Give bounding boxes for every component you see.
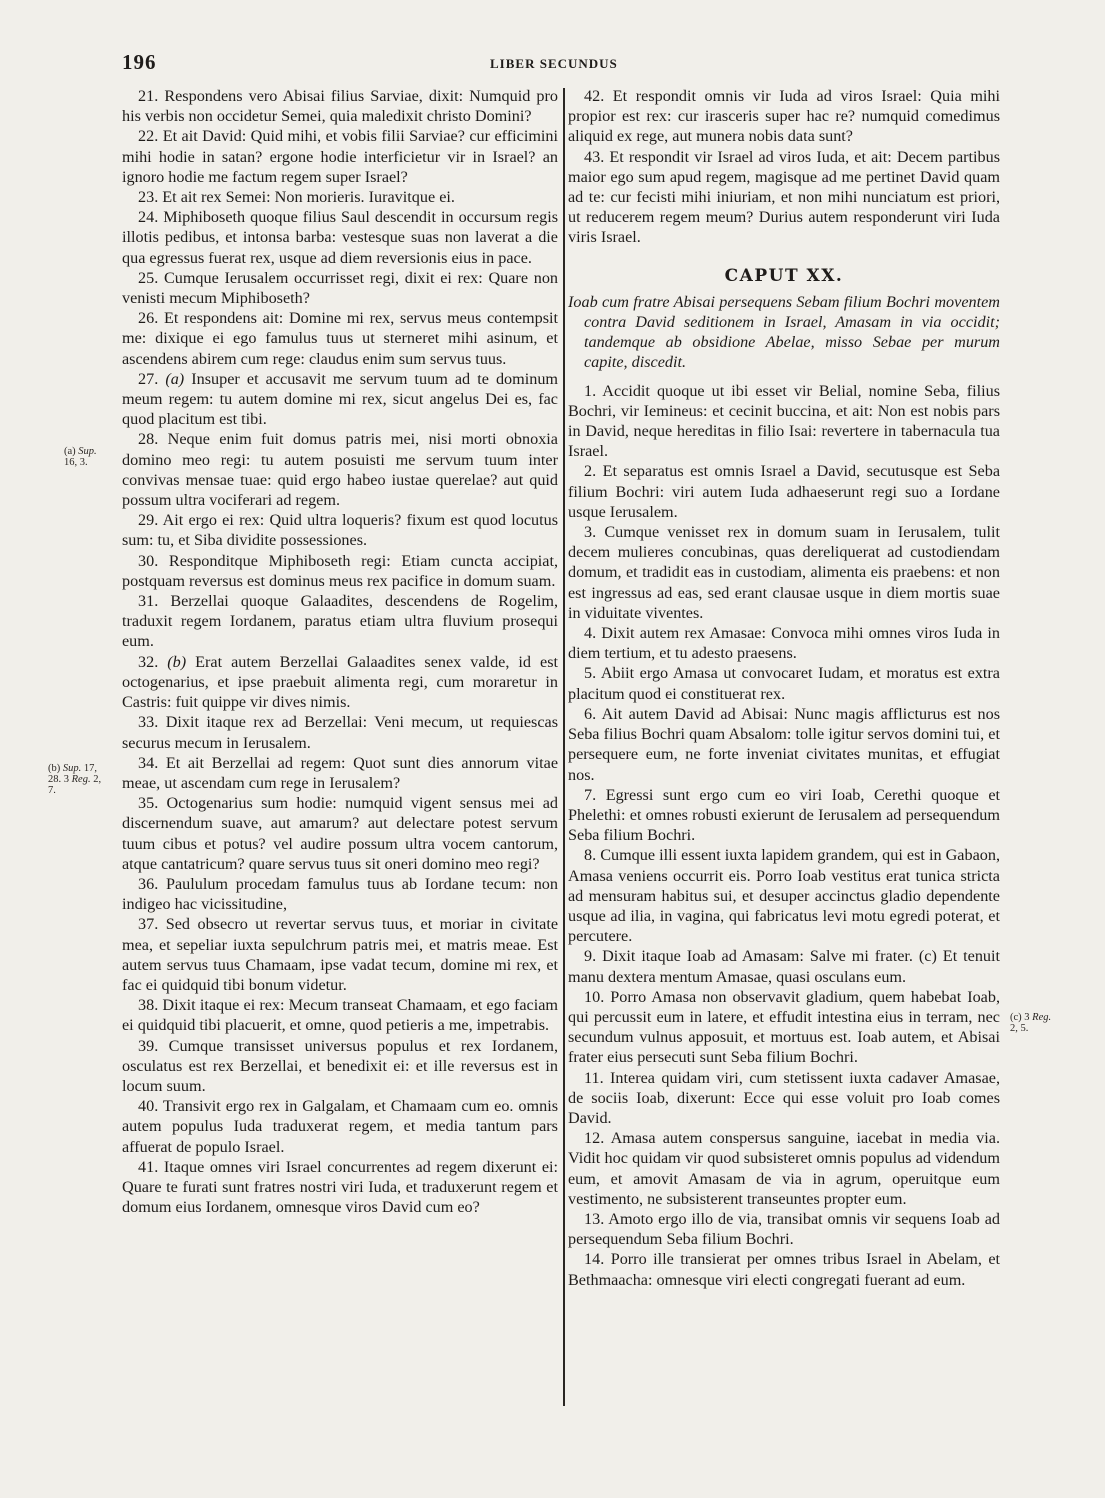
verse-text: Cumque illi essent iuxta lapidem grandem… <box>568 846 1000 945</box>
verse-number: 1. <box>584 382 596 400</box>
column-divider <box>563 88 565 1406</box>
verse-text: Cumque Ierusalem occurrisset regi, dixit… <box>122 269 558 307</box>
verse: 1. Accidit quoque ut ibi esset vir Belia… <box>568 381 1000 462</box>
verse: 8. Cumque illi essent iuxta lapidem gran… <box>568 845 1000 946</box>
verse-number: 4. <box>584 624 596 642</box>
note-reference: (a) <box>165 370 184 388</box>
verse-number: 2. <box>584 462 596 480</box>
verse-text: Porro ille transierat per omnes tribus I… <box>568 1250 1000 1288</box>
verse: 12. Amasa autem conspersus sanguine, iac… <box>568 1128 1000 1209</box>
verse-text: Interea quidam viri, cum stetissent iuxt… <box>568 1069 1000 1127</box>
verse-number: 21. <box>138 87 158 105</box>
chapter-summary: Ioab cum fratre Abisai persequens Sebam … <box>568 292 1000 373</box>
verse-text: Miphiboseth quoque filius Saul descendit… <box>122 208 558 266</box>
page-header: 196 LIBER SECUNDUS <box>122 50 1002 74</box>
verse-number: 35. <box>138 794 158 812</box>
note-ref: 28. 3 <box>48 774 69 785</box>
verse-number: 38. <box>138 996 158 1014</box>
verse-text: Transivit ergo rex in Galgalam, et Chama… <box>122 1097 558 1155</box>
verse-number: 32. <box>138 653 158 671</box>
verse-number: 33. <box>138 713 158 731</box>
verse: 32. (b) Erat autem Berzellai Galaadites … <box>122 652 558 713</box>
note-abbr: Sup. <box>63 763 81 774</box>
note-reference: (b) <box>167 653 186 671</box>
verse-text: Et ait David: Quid mihi, et vobis filii … <box>122 127 558 185</box>
verse-text: Dixit itaque Ioab ad Amasam: Salve mi fr… <box>568 947 1000 985</box>
verse: 43. Et respondit vir Israel ad viros Iud… <box>568 147 1000 248</box>
right-column: 42. Et respondit omnis vir Iuda ad viros… <box>568 86 1000 1290</box>
running-title: LIBER SECUNDUS <box>490 56 618 72</box>
verses-ch19-end: 42. Et respondit omnis vir Iuda ad viros… <box>568 86 1000 248</box>
verse-text: Et ait rex Semei: Non morieris. Iuravitq… <box>162 188 455 206</box>
note-ref: 7. <box>48 785 56 796</box>
verse: 24. Miphiboseth quoque filius Saul desce… <box>122 207 558 268</box>
verse-number: 7. <box>584 786 596 804</box>
verse-text: Et respondens ait: Domine mi rex, servus… <box>122 309 558 367</box>
verse-text: Dixit itaque ei rex: Mecum transeat Cham… <box>122 996 558 1034</box>
verse: 27. (a) Insuper et accusavit me servum t… <box>122 369 558 430</box>
verse: 5. Abiit ergo Amasa ut convocaret Iudam,… <box>568 663 1000 703</box>
verse-number: 40. <box>138 1097 158 1115</box>
verse: 31. Berzellai quoque Galaadites, descend… <box>122 591 558 652</box>
verse-text: Cumque venisset rex in domum suam in Ier… <box>568 523 1000 622</box>
verse-text: Et respondit omnis vir Iuda ad viros Isr… <box>568 87 1000 145</box>
verse: 25. Cumque Ierusalem occurrisset regi, d… <box>122 268 558 308</box>
verse: 4. Dixit autem rex Amasae: Convoca mihi … <box>568 623 1000 663</box>
verse-number: 30. <box>138 552 158 570</box>
verse-text: Responditque Miphiboseth regi: Etiam cun… <box>122 552 558 590</box>
verse-text: Et ait Berzellai ad regem: Quot sunt die… <box>122 754 558 792</box>
verse-number: 31. <box>138 592 158 610</box>
verse: 42. Et respondit omnis vir Iuda ad viros… <box>568 86 1000 147</box>
verse: 13. Amoto ergo illo de via, transibat om… <box>568 1209 1000 1249</box>
verse: 6. Ait autem David ad Abisai: Nunc magis… <box>568 704 1000 785</box>
verse-number: 34. <box>138 754 158 772</box>
left-column: 21. Respondens vero Abisai filius Sarvia… <box>122 86 558 1217</box>
verse: 37. Sed obsecro ut revertar servus tuus,… <box>122 914 558 995</box>
verse-number: 42. <box>584 87 604 105</box>
verse-text: Respondens vero Abisai filius Sarviae, d… <box>122 87 558 125</box>
verse: 3. Cumque venisset rex in domum suam in … <box>568 522 1000 623</box>
note-ref: 17, <box>84 763 97 774</box>
verse-text: Et respondit vir Israel ad viros Iuda, e… <box>568 148 1000 247</box>
verse-number: 3. <box>584 523 596 541</box>
verse: 2. Et separatus est omnis Israel a David… <box>568 461 1000 522</box>
verse: 21. Respondens vero Abisai filius Sarvia… <box>122 86 558 126</box>
note-ref: 2, 5. <box>1010 1023 1028 1034</box>
verse: 30. Responditque Miphiboseth regi: Etiam… <box>122 551 558 591</box>
verse-number: 41. <box>138 1158 158 1176</box>
chapter-heading: CAPUT XX. <box>568 266 1000 286</box>
verses-ch20: 1. Accidit quoque ut ibi esset vir Belia… <box>568 381 1000 1290</box>
verse-text: Dixit autem rex Amasae: Convoca mihi omn… <box>568 624 1000 662</box>
verse-text: Itaque omnes viri Israel concurrentes ad… <box>122 1158 558 1216</box>
verse-number: 36. <box>138 875 158 893</box>
verse-number: 23. <box>138 188 158 206</box>
verse-number: 11. <box>584 1069 604 1087</box>
margin-note-a: (a) Sup. 16, 3. <box>64 446 120 468</box>
verse-number: 10. <box>584 988 604 1006</box>
verse: 35. Octogenarius sum hodie: numquid vige… <box>122 793 558 874</box>
note-ref: 3 <box>1024 1012 1029 1023</box>
verse: 23. Et ait rex Semei: Non morieris. Iura… <box>122 187 558 207</box>
verse-text: Cumque transisset universus populus et r… <box>122 1037 558 1095</box>
verse: 26. Et respondens ait: Domine mi rex, se… <box>122 308 558 369</box>
verse: 14. Porro ille transierat per omnes trib… <box>568 1249 1000 1289</box>
verse-number: 14. <box>584 1250 604 1268</box>
verse-number: 25. <box>138 269 158 287</box>
verse-number: 13. <box>584 1210 604 1228</box>
verse-number: 9. <box>584 947 596 965</box>
verse: 39. Cumque transisset universus populus … <box>122 1036 558 1097</box>
margin-note-c: (c) 3 Reg. 2, 5. <box>1010 1012 1090 1034</box>
verse-number: 39. <box>138 1037 158 1055</box>
verse-text: Abiit ergo Amasa ut convocaret Iudam, et… <box>568 664 1000 702</box>
note-abbr: Sup. <box>78 446 96 457</box>
verse-text: Octogenarius sum hodie: numquid vigent s… <box>122 794 558 873</box>
verse-number: 22. <box>138 127 158 145</box>
verse-text: Berzellai quoque Galaadites, descendens … <box>122 592 558 650</box>
verse: 33. Dixit itaque rex ad Berzellai: Veni … <box>122 712 558 752</box>
verse-number: 5. <box>584 664 596 682</box>
verse-text: Ait ergo ei rex: Quid ultra loqueris? fi… <box>122 511 558 549</box>
verse: 38. Dixit itaque ei rex: Mecum transeat … <box>122 995 558 1035</box>
verse-text: Neque enim fuit domus patris mei, nisi m… <box>122 430 558 509</box>
verse-text: Paululum procedam famulus tuus ab Iordan… <box>122 875 558 913</box>
verse-text: Et separatus est omnis Israel a David, s… <box>568 462 1000 520</box>
verse-text: Erat autem Berzellai Galaadites senex va… <box>122 653 558 711</box>
note-marker: (b) <box>48 763 60 774</box>
page-number: 196 <box>122 50 157 75</box>
verse: 7. Egressi sunt ergo cum eo viri Ioab, C… <box>568 785 1000 846</box>
verse-number: 8. <box>584 846 596 864</box>
verse-number: 43. <box>584 148 604 166</box>
note-marker: (c) <box>1010 1012 1022 1023</box>
note-marker: (a) <box>64 446 76 457</box>
verse-text: Amoto ergo illo de via, transibat omnis … <box>568 1210 1000 1248</box>
note-abbr: Reg. <box>72 774 91 785</box>
margin-note-b: (b) Sup. 17, 28. 3 Reg. 2, 7. <box>48 763 122 796</box>
verse: 11. Interea quidam viri, cum stetissent … <box>568 1068 1000 1129</box>
verse-number: 28. <box>138 430 158 448</box>
verse: 29. Ait ergo ei rex: Quid ultra loqueris… <box>122 510 558 550</box>
verse-text: Ait autem David ad Abisai: Nunc magis af… <box>568 705 1000 784</box>
verse: 10. Porro Amasa non observavit gladium, … <box>568 987 1000 1068</box>
verse: 22. Et ait David: Quid mihi, et vobis fi… <box>122 126 558 187</box>
verse: 34. Et ait Berzellai ad regem: Quot sunt… <box>122 753 558 793</box>
note-ref: 16, 3. <box>64 457 88 468</box>
verse-number: 26. <box>138 309 158 327</box>
note-abbr: Reg. <box>1032 1012 1051 1023</box>
verse: 9. Dixit itaque Ioab ad Amasam: Salve mi… <box>568 946 1000 986</box>
verse-number: 37. <box>138 915 158 933</box>
verse-number: 6. <box>584 705 596 723</box>
verse-text: Egressi sunt ergo cum eo viri Ioab, Cere… <box>568 786 1000 844</box>
verse-number: 24. <box>138 208 158 226</box>
verse-text: Sed obsecro ut revertar servus tuus, et … <box>122 915 558 994</box>
verse-text: Dixit itaque rex ad Berzellai: Veni mecu… <box>122 713 558 751</box>
verse: 40. Transivit ergo rex in Galgalam, et C… <box>122 1096 558 1157</box>
verse-number: 12. <box>584 1129 604 1147</box>
note-ref: 2, <box>93 774 101 785</box>
verse: 41. Itaque omnes viri Israel concurrente… <box>122 1157 558 1218</box>
verse-text: Amasa autem conspersus sanguine, iacebat… <box>568 1129 1000 1208</box>
verse-text: Porro Amasa non observavit gladium, quem… <box>568 988 1000 1067</box>
verse: 36. Paululum procedam famulus tuus ab Io… <box>122 874 558 914</box>
verse-text: Insuper et accusavit me servum tuum ad t… <box>122 370 558 428</box>
verse-number: 29. <box>138 511 158 529</box>
verse-number: 27. <box>138 370 158 388</box>
verse-text: Accidit quoque ut ibi esset vir Belial, … <box>568 382 1000 461</box>
verse: 28. Neque enim fuit domus patris mei, ni… <box>122 429 558 510</box>
